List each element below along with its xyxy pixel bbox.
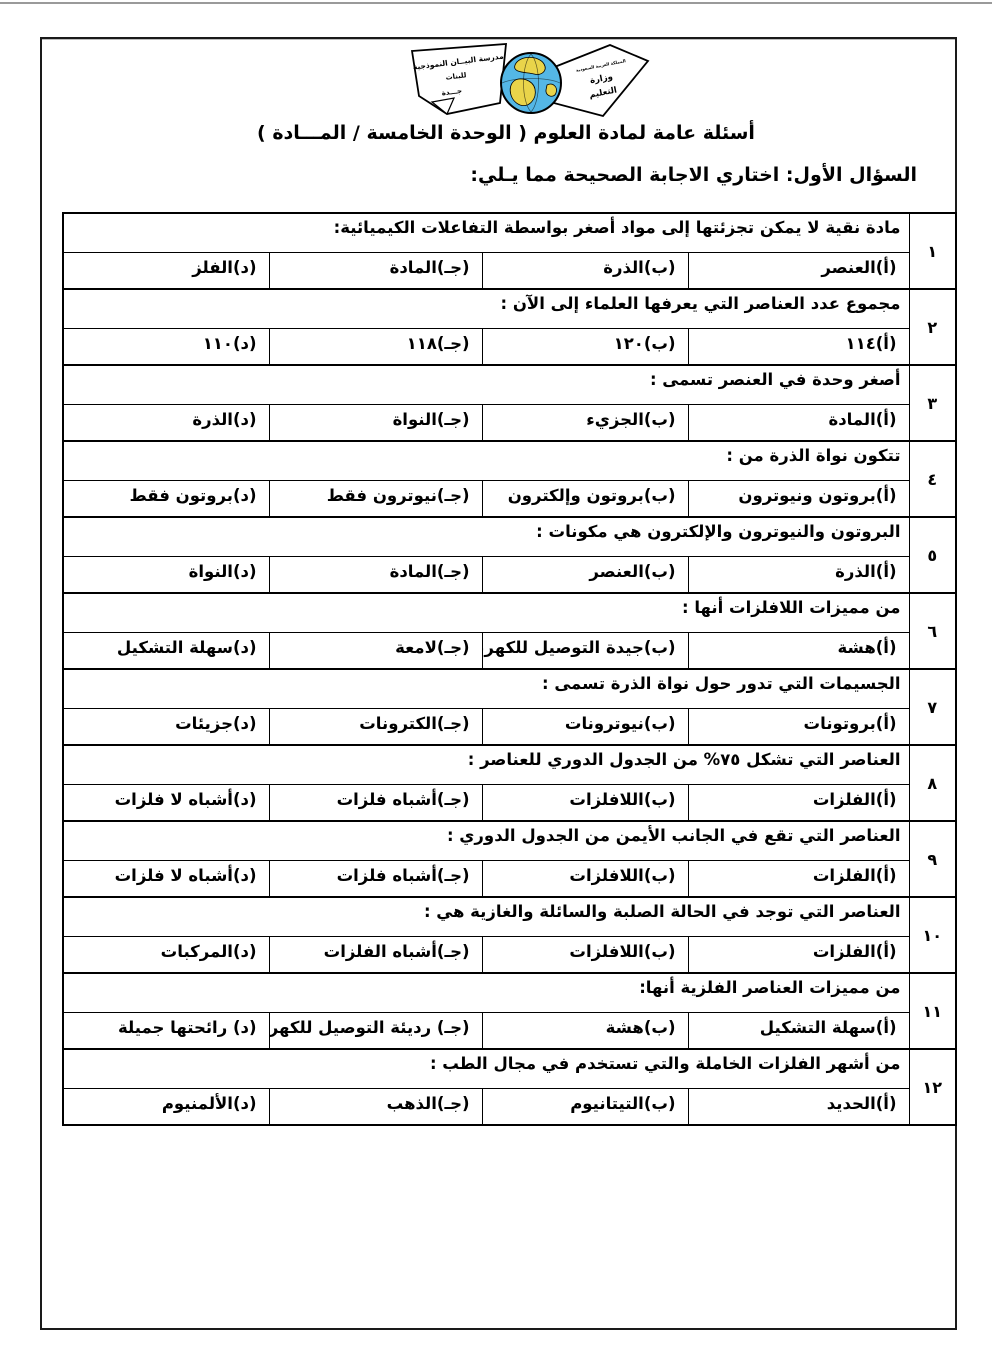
options-row: (أ)بروتونات (ب)نيوترونات (جـ)الكترونات (… [63,708,956,745]
options-row: (أ)الحديد (ب)التيتانيوم (جـ)الذهب (د)الأ… [63,1088,956,1125]
question-text: العناصر التي توجد في الحالة الصلبة والسا… [63,897,909,936]
option-b: (ب)جيدة التوصيل للكهرباء [482,632,688,669]
question-text: من مميزات العناصر الفلزية أنها: [63,973,909,1012]
options-row: (أ)العنصر (ب)الذرة (جـ)المادة (د)الفلز [63,252,956,289]
option-c: (جـ) رديئة التوصيل للكهرباء [269,1012,482,1049]
document-title: أسئلة عامة لمادة العلوم ( الوحدة الخامسة… [0,122,992,144]
option-b: (ب)الجزيء [482,404,688,441]
question-row: ٩ العناصر التي تقع في الجانب الأيمن من ا… [63,821,956,860]
options-row: (أ)هشة (ب)جيدة التوصيل للكهرباء (جـ)لامع… [63,632,956,669]
option-d: (د)الألمنيوم [63,1088,269,1125]
option-c: (جـ)المادة [269,252,482,289]
option-c: (جـ)نيوترون فقط [269,480,482,517]
option-c: (جـ)النواة [269,404,482,441]
question-number: ٥ [909,517,956,593]
school-ministry-logo: مدرسة البيــان النموذجية للبنات جـــدة ا… [402,36,652,120]
option-b: (ب)نيوترونات [482,708,688,745]
option-b: (ب)الذرة [482,252,688,289]
question-number: ٤ [909,441,956,517]
option-a: (أ)الفلزات [688,860,909,897]
option-a: (أ)الذرة [688,556,909,593]
question-row: ٢ مجموع عدد العناصر التي يعرفها العلماء … [63,289,956,328]
option-c: (جـ)المادة [269,556,482,593]
option-d: (د)سهلة التشكيل [63,632,269,669]
question-text: مجموع عدد العناصر التي يعرفها العلماء إل… [63,289,909,328]
option-b: (ب)اللافلزات [482,784,688,821]
options-row: (أ)الفلزات (ب)اللافلزات (جـ)أشباه الفلزا… [63,936,956,973]
logo-graphic: مدرسة البيــان النموذجية للبنات جـــدة ا… [402,36,652,120]
options-row: (أ)الفلزات (ب)اللافلزات (جـ)أشباه فلزات … [63,860,956,897]
question-row: ٦ من مميزات اللافلزات أنها : [63,593,956,632]
option-c: (جـ)الذهب [269,1088,482,1125]
option-d: (د)بروتون فقط [63,480,269,517]
option-b: (ب)التيتانيوم [482,1088,688,1125]
question-number: ٩ [909,821,956,897]
option-d: (د)النواة [63,556,269,593]
option-c: (جـ)الكترونات [269,708,482,745]
option-a: (أ)الفلزات [688,784,909,821]
option-b: (ب)اللافلزات [482,936,688,973]
question-text: العناصر التي تقع في الجانب الأيمن من الج… [63,821,909,860]
option-a: (أ)الفلزات [688,936,909,973]
option-d: (د)أشباه لا فلزات [63,860,269,897]
option-a: (أ)بروتون ونيوترون [688,480,909,517]
option-a: (أ)سهلة التشكيل [688,1012,909,1049]
option-a: (أ)١١٤ [688,328,909,365]
page-top-divider [0,2,992,4]
globe-icon [501,53,561,113]
question-row: ١٠ العناصر التي توجد في الحالة الصلبة وا… [63,897,956,936]
option-a: (أ)العنصر [688,252,909,289]
question-number: ١١ [909,973,956,1049]
option-d: (د)الفلز [63,252,269,289]
questions-tbody: ١ مادة نقية لا يمكن تجزئتها إلى مواد أصغ… [63,213,956,1125]
options-row: (أ)الذرة (ب)العنصر (جـ)المادة (د)النواة [63,556,956,593]
option-d: (د)الذرة [63,404,269,441]
question-text: مادة نقية لا يمكن تجزئتها إلى مواد أصغر … [63,213,909,252]
option-b: (ب)اللافلزات [482,860,688,897]
question-row: ٧ الجسيمات التي تدور حول نواة الذرة تسمى… [63,669,956,708]
option-d: (د)المركبات [63,936,269,973]
question-row: ١١ من مميزات العناصر الفلزية أنها: [63,973,956,1012]
option-a: (أ)المادة [688,404,909,441]
option-b: (ب)١٢٠ [482,328,688,365]
option-c: (جـ)١١٨ [269,328,482,365]
option-d: (د)أشباه لا فلزات [63,784,269,821]
options-row: (أ)سهلة التشكيل (ب)هشة (جـ) رديئة التوصي… [63,1012,956,1049]
question-number: ٨ [909,745,956,821]
question-row: ١٢ من أشهر الفلزات الخاملة والتي تستخدم … [63,1049,956,1088]
question-row: ١ مادة نقية لا يمكن تجزئتها إلى مواد أصغ… [63,213,956,252]
question-row: ٤ تتكون نواة الذرة من : [63,441,956,480]
question-number: ١٠ [909,897,956,973]
question-text: الجسيمات التي تدور حول نواة الذرة تسمى : [63,669,909,708]
question-row: ٥ البروتون والنيوترون والإلكترون هي مكون… [63,517,956,556]
option-c: (جـ)أشباه فلزات [269,784,482,821]
options-row: (أ)بروتون ونيوترون (ب)بروتون وإلكترون (ج… [63,480,956,517]
question-row: ٨ العناصر التي تشكل ٧٥% من الجدول الدوري… [63,745,956,784]
question-text: تتكون نواة الذرة من : [63,441,909,480]
question-text: من مميزات اللافلزات أنها : [63,593,909,632]
options-row: (أ)الفلزات (ب)اللافلزات (جـ)أشباه فلزات … [63,784,956,821]
question-text: أصغر وحدة في العنصر تسمى : [63,365,909,404]
question-number: ٣ [909,365,956,441]
option-b: (ب)العنصر [482,556,688,593]
question-number: ٢ [909,289,956,365]
option-c: (جـ)أشباه الفلزات [269,936,482,973]
option-a: (أ)هشة [688,632,909,669]
school-banner: مدرسة البيــان النموذجية للبنات جـــدة [412,44,508,114]
exam-page: { "logo": { "school_banner": { "lines": … [0,0,992,1370]
option-d: (د)جزيئات [63,708,269,745]
option-b: (ب)هشة [482,1012,688,1049]
question-number: ١٢ [909,1049,956,1125]
ministry-banner: المملكة العربية السعودية وزارة التعليم [550,45,648,116]
options-row: (أ)المادة (ب)الجزيء (جـ)النواة (د)الذرة [63,404,956,441]
option-d: (د) رائحتها جميلة [63,1012,269,1049]
question-number: ٧ [909,669,956,745]
questions-table: ١ مادة نقية لا يمكن تجزئتها إلى مواد أصغ… [62,212,957,1126]
option-d: (د)١١٠ [63,328,269,365]
option-c: (جـ)لامعة [269,632,482,669]
question-number: ٦ [909,593,956,669]
option-b: (ب)بروتون وإلكترون [482,480,688,517]
question-text: العناصر التي تشكل ٧٥% من الجدول الدوري ل… [63,745,909,784]
option-a: (أ)الحديد [688,1088,909,1125]
option-a: (أ)بروتونات [688,708,909,745]
options-row: (أ)١١٤ (ب)١٢٠ (جـ)١١٨ (د)١١٠ [63,328,956,365]
question-number: ١ [909,213,956,289]
question-text: من أشهر الفلزات الخاملة والتي تستخدم في … [63,1049,909,1088]
question-row: ٣ أصغر وحدة في العنصر تسمى : [63,365,956,404]
option-c: (جـ)أشباه فلزات [269,860,482,897]
question-section-heading: السؤال الأول: اختاري الاجابة الصحيحة مما… [470,164,917,186]
question-text: البروتون والنيوترون والإلكترون هي مكونات… [63,517,909,556]
